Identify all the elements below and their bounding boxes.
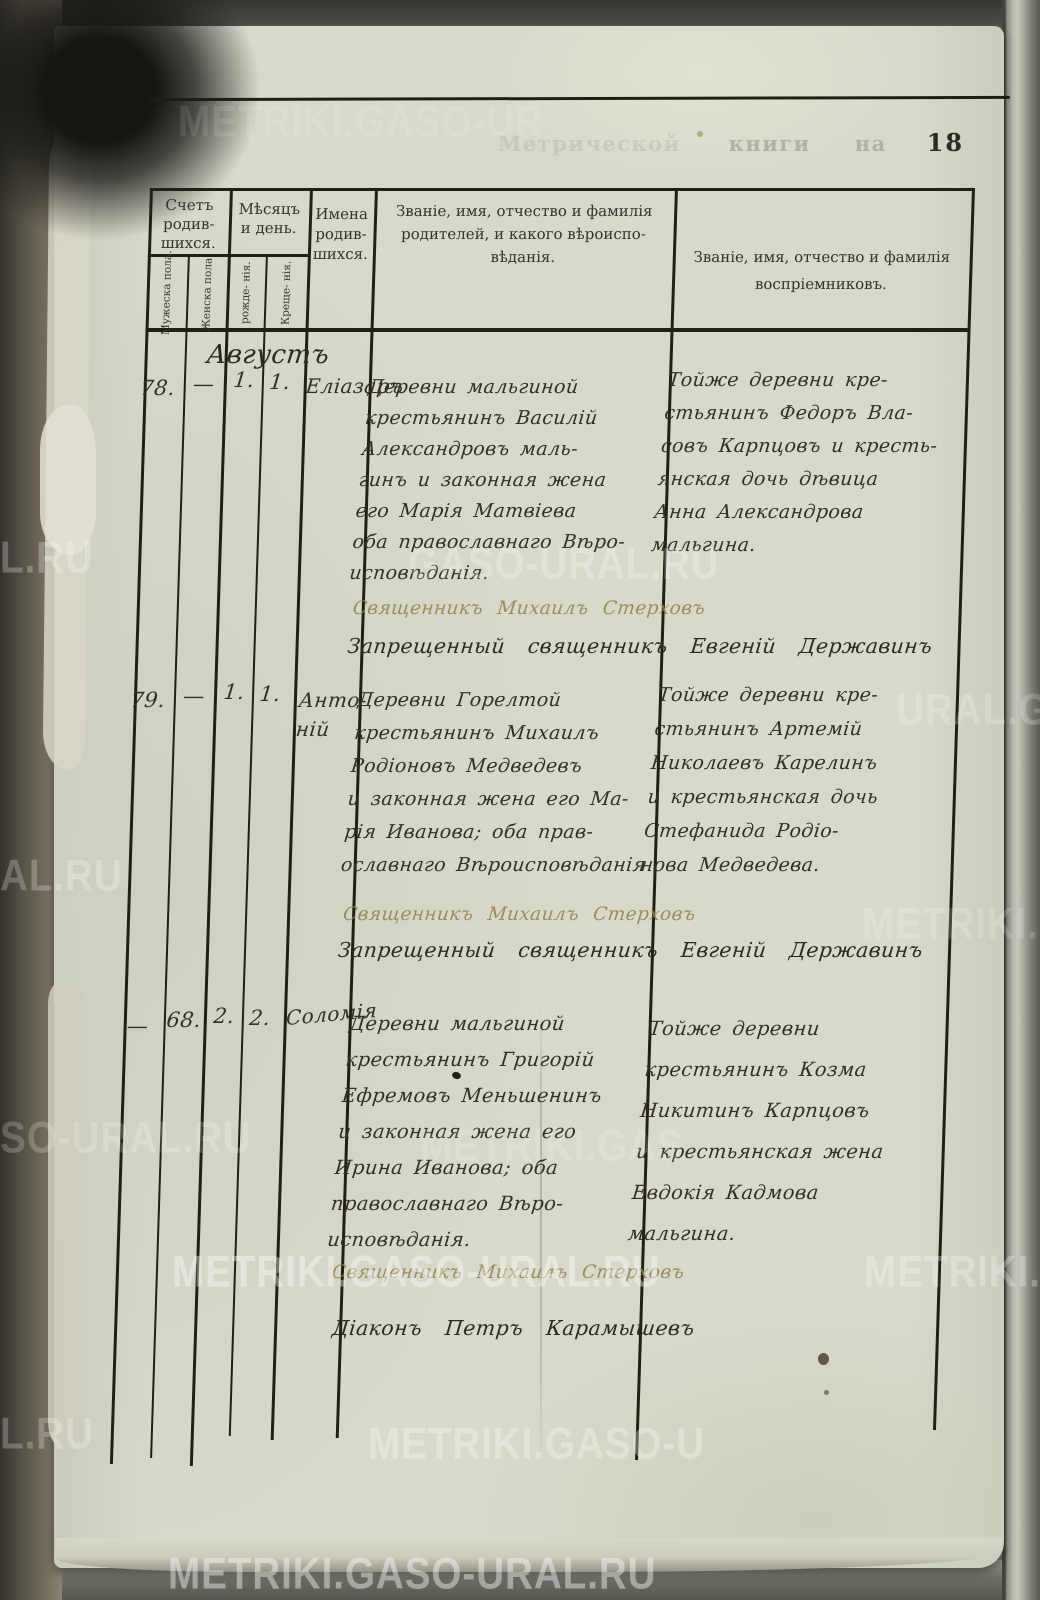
page-title: Метрической книги на 18 [498, 128, 918, 157]
entry-godparents-text: Тойже деревни кре-стьянинъ АртемійНикола… [639, 678, 960, 882]
column-header-godparents: Званіе, имя, отчество и фамиліявоспріемн… [674, 244, 970, 298]
entry-number-female: 68. [161, 1008, 207, 1032]
entry-parents-text: Деревни Горелтойкрестьянинъ МихаилъРодіо… [339, 684, 669, 882]
clergy-signature-officiant: Запрещенный священникъ Евгеній Державинъ [346, 634, 933, 658]
column-header-count: Счетъродив-шихся. [148, 196, 230, 253]
entry-day-baptized: 1. [257, 370, 303, 394]
column-header-names: Именародив-шихся. [308, 204, 375, 264]
entry-parents-text: Деревни мальгинойкрестьянинъ ГригорійЕфр… [326, 1006, 662, 1258]
table-line [150, 254, 190, 1458]
entry-godparents-text: Тойже деревникрестьянинъ КозмаНикитинъ К… [626, 1008, 951, 1254]
month-heading: Августъ [205, 340, 330, 370]
entry-number-female: — [181, 372, 227, 396]
entry-day-baptized: 2. [237, 1006, 283, 1030]
clergy-signature-priest: Священникъ Михаилъ Стерховъ [352, 598, 707, 619]
subcolumn-header-male: Мужеска пола. [147, 256, 188, 330]
clergy-signature-priest: Священникъ Михаилъ Стерховъ [342, 904, 697, 925]
title-year-number: 18 [927, 128, 964, 157]
table-line [229, 254, 268, 1436]
table-line [150, 188, 972, 191]
title-word: Метрической [498, 131, 681, 156]
metric-book-photo: Метрической книги на 18 Счетъродив-шихся… [0, 0, 1040, 1600]
entry-number-male: — [114, 1014, 160, 1038]
subcolumn-header-birth: рожде- нія. [227, 256, 266, 330]
entry-godparents-text: Тойже деревни кре-стьянинъ Федоръ Вла-со… [649, 364, 969, 562]
entry-number-male: 78. [134, 376, 180, 400]
clergy-signature-priest: Священникъ Михаилъ Стерховъ [331, 1262, 686, 1283]
clergy-signature-officiant: Запрещенный священникъ Евгеній Державинъ [337, 938, 924, 962]
subcolumn-header-baptism: Креще- нія. [266, 256, 308, 330]
title-word: на [855, 131, 887, 156]
clergy-signature-deacon: Діаконъ Петръ Карамышевъ [331, 1316, 696, 1340]
title-word: книги [729, 131, 811, 156]
entry-number-male: 79. [125, 688, 171, 712]
subcolumn-header-female: Женска пола. [188, 256, 228, 330]
column-header-date: Мѣсяцъи день. [228, 200, 309, 238]
entry-parents-text: Деревни мальгинойкрестьянинъ ВасилійАлек… [348, 372, 680, 589]
entry-day-baptized: 1. [247, 682, 293, 706]
column-header-parents: Званіе, имя, отчество и фамиліяродителей… [374, 200, 672, 269]
register-table: Счетъродив-шихся. Мужеска пола. Женска п… [0, 188, 1040, 1488]
entry-number-female: — [171, 684, 217, 708]
